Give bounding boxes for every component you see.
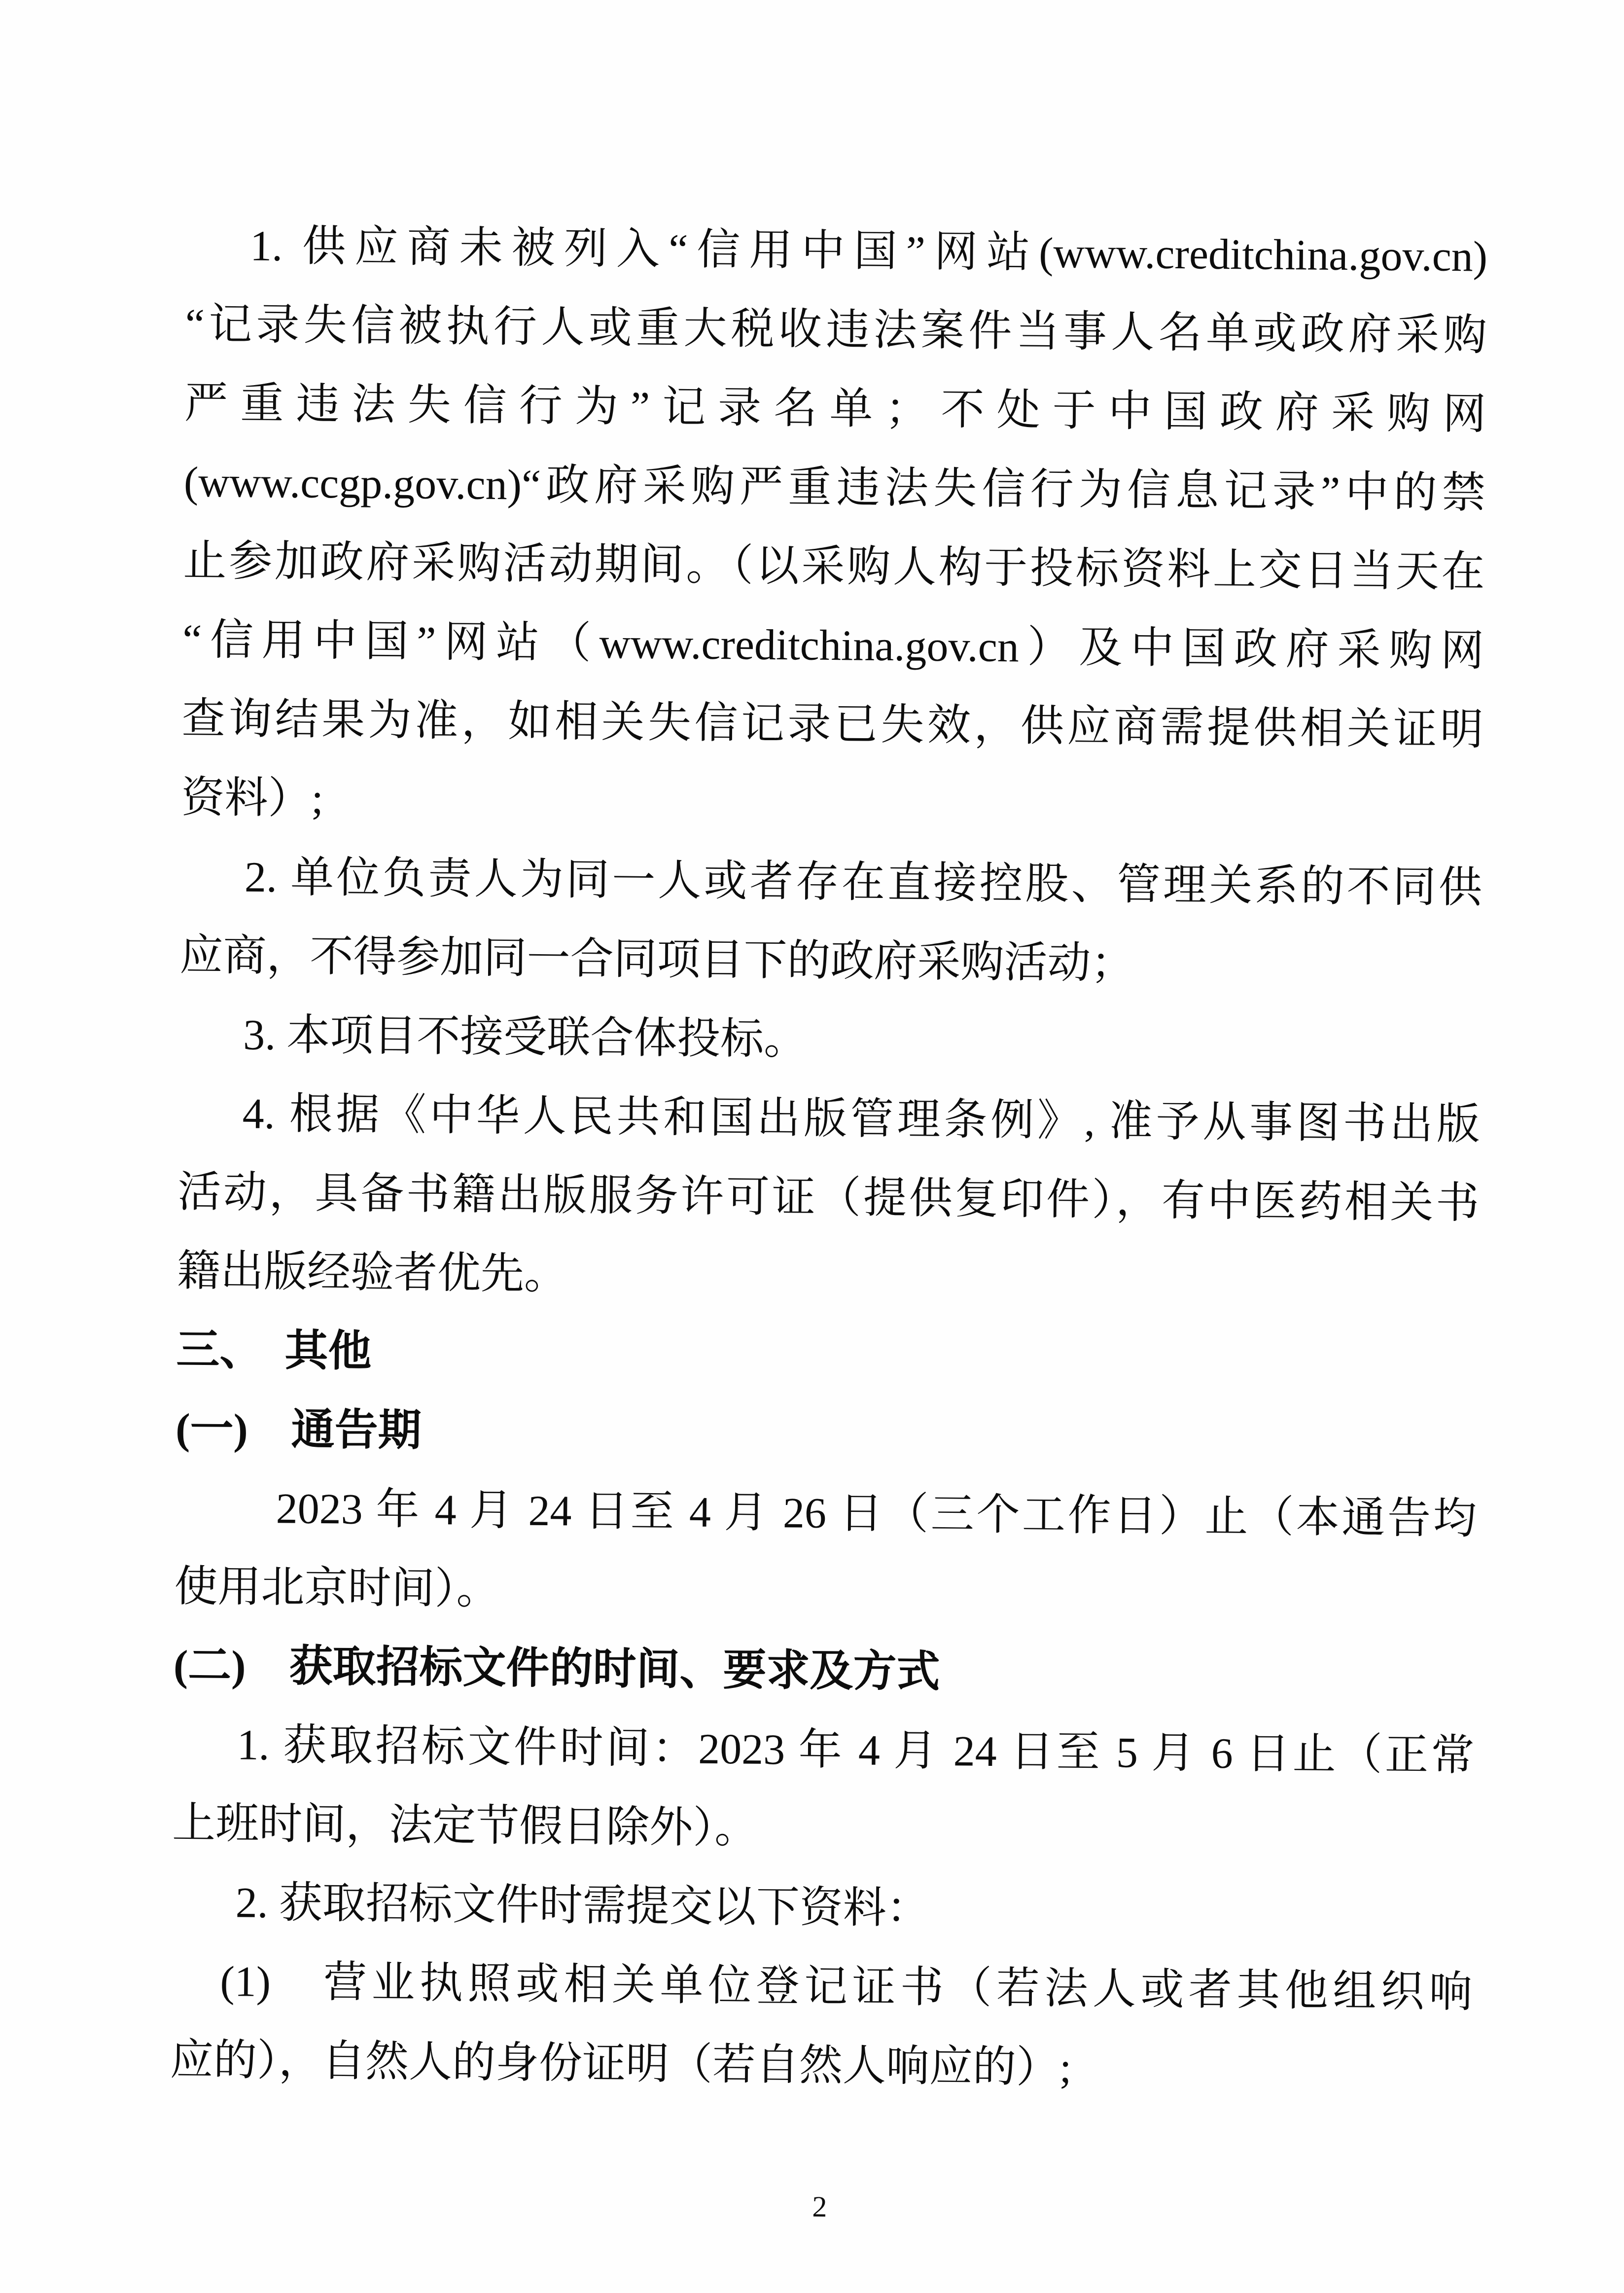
text-line: 止参加政府采购活动期间。（以采购人构于投标资料上交日当天在 — [183, 522, 1485, 612]
page-number: 2 — [169, 2184, 1471, 2229]
scanned-document-page: 1. 供应商未被列入“信用中国”网站(www.creditchina.gov.c… — [0, 0, 1624, 2293]
text-line: 严重违法失信行为”记录名单；不处于中国政府采购网 — [184, 364, 1486, 455]
text-line: (www.ccgp.gov.cn)“政府采购严重违法失信行为信息记录”中的禁 — [183, 443, 1485, 534]
text-line: 上班时间，法定节假日除外）。 — [172, 1784, 1474, 1874]
text-line: (1) 营业执照或相关单位登记证书（若法人或者其他组织响 — [171, 1942, 1473, 2032]
text-line: 资料）; — [181, 759, 1483, 849]
text-line: 查询结果为准，如相关失信记录已失效，供应商需提供相关证明 — [181, 680, 1483, 770]
text-line: 活动，具备书籍出版服务许可证（提供复印件），有中医药相关书 — [177, 1153, 1480, 1243]
text-line: 2023 年 4 月 24 日至 4 月 26 日（三个工作日）止（本通告均 — [175, 1469, 1477, 1559]
text-line: 籍出版经验者优先。 — [177, 1232, 1479, 1322]
text-line: 4. 根据《中华人民共和国出版管理条例》, 准予从事图书出版 — [178, 1074, 1480, 1164]
text-line: 3. 本项目不接受联合体投标。 — [178, 995, 1481, 1085]
document-body: 1. 供应商未被列入“信用中国”网站(www.creditchina.gov.c… — [169, 207, 1488, 2230]
subsection-heading-obtain-documents: (二) 获取招标文件的时间、要求及方式 — [173, 1626, 1475, 1717]
text-line: “记录失信被执行人或重大税收违法案件当事人名单或政府采购 — [185, 286, 1487, 376]
section-heading-other: 三、 其他 — [176, 1311, 1478, 1401]
text-line: 1. 供应商未被列入“信用中国”网站(www.creditchina.gov.c… — [185, 207, 1487, 297]
subsection-heading-notice-period: (一) 通告期 — [176, 1390, 1478, 1480]
text-line: 2. 获取招标文件时需提交以下资料： — [171, 1863, 1473, 1953]
text-line: 应商，不得参加同一合同项目下的政府采购活动； — [179, 917, 1482, 1007]
text-line: 应的），自然人的身份证明（若自然人响应的）; — [170, 2021, 1472, 2111]
text-line: 使用北京时间）。 — [174, 1547, 1476, 1638]
text-line: 1. 获取招标文件时间：2023 年 4 月 24 日至 5 月 6 日止（正常 — [173, 1705, 1475, 1795]
text-line: “信用中国”网站（www.creditchina.gov.cn）及中国政府采购网 — [182, 601, 1484, 691]
text-line: 2. 单位负责人为同一人或者存在直接控股、管理关系的不同供 — [180, 838, 1482, 928]
